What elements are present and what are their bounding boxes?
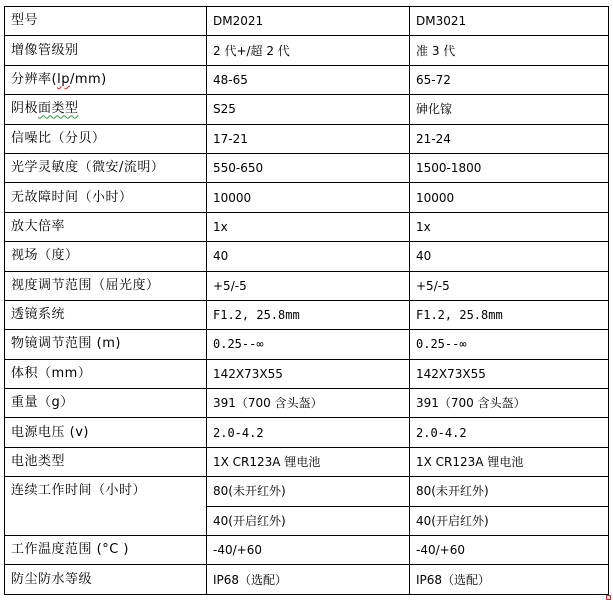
cell-dm3021[interactable]: 0.25--∞ xyxy=(410,330,609,359)
cell-dm3021[interactable]: 65-72 xyxy=(410,65,609,94)
cell-dm2021[interactable]: +5/-5 xyxy=(207,271,410,300)
table-row-cathode-type: 阴极面类型 S25 砷化镓 xyxy=(5,95,609,124)
row-label[interactable]: 无故障时间（小时） xyxy=(5,183,207,212)
cell-dm2021[interactable]: 1X CR123A 锂电池 xyxy=(207,447,410,476)
table-row-ip-rating: 防尘防水等级 IP68（选配） IP68（选配） xyxy=(5,565,609,594)
row-label[interactable]: 放大倍率 xyxy=(5,212,207,241)
row-label[interactable]: 连续工作时间（小时） xyxy=(5,477,207,536)
row-label[interactable]: 电源电压 (v) xyxy=(5,418,207,447)
table-row-resolution: 分辨率(lp/mm) 48-65 65-72 xyxy=(5,65,609,94)
cell-dm3021[interactable]: 40 xyxy=(410,242,609,271)
cell-dm3021[interactable]: 1X CR123A 锂电池 xyxy=(410,447,609,476)
table-row-lens-system: 透镜系统 F1.2, 25.8mm F1.2, 25.8mm xyxy=(5,300,609,329)
row-label[interactable]: 体积（mm） xyxy=(5,359,207,388)
table-row-voltage: 电源电压 (v) 2.0-4.2 2.0-4.2 xyxy=(5,418,609,447)
cell-dm2021[interactable]: 40 xyxy=(207,242,410,271)
row-label[interactable]: 型号 xyxy=(5,7,207,36)
cell-dm3021[interactable]: 准 3 代 xyxy=(410,36,609,65)
table-row-runtime: 连续工作时间（小时） 80(未开红外) 80(未开红外) xyxy=(5,477,609,506)
table-row-magnification: 放大倍率 1x 1x xyxy=(5,212,609,241)
table-row-battery-type: 电池类型 1X CR123A 锂电池 1X CR123A 锂电池 xyxy=(5,447,609,476)
row-label[interactable]: 光学灵敏度（微安/流明） xyxy=(5,153,207,182)
table-row-focus-range: 物镜调节范围 (m) 0.25--∞ 0.25--∞ xyxy=(5,330,609,359)
cell-dm2021[interactable]: 2 代+/超 2 代 xyxy=(207,36,410,65)
table-resize-handle-icon[interactable] xyxy=(606,595,611,600)
cell-dm3021[interactable]: 2.0-4.2 xyxy=(410,418,609,447)
cell-dm3021[interactable]: 砷化镓 xyxy=(410,95,609,124)
cell-dm2021[interactable]: 550-650 xyxy=(207,153,410,182)
cell-dm3021[interactable]: F1.2, 25.8mm xyxy=(410,300,609,329)
row-label[interactable]: 分辨率(lp/mm) xyxy=(5,65,207,94)
row-label[interactable]: 透镜系统 xyxy=(5,300,207,329)
grammar-underline: 面类型 xyxy=(38,101,79,116)
table-row-tube-grade: 增像管级别 2 代+/超 2 代 准 3 代 xyxy=(5,36,609,65)
spec-comparison-table: 型号 DM2021 DM3021 增像管级别 2 代+/超 2 代 准 3 代 … xyxy=(4,6,609,595)
row-label[interactable]: 增像管级别 xyxy=(5,36,207,65)
table-row-weight: 重量（g） 391（700 含头盔） 391（700 含头盔） xyxy=(5,389,609,418)
table-row-mtbf: 无故障时间（小时） 10000 10000 xyxy=(5,183,609,212)
cell-dm2021[interactable]: S25 xyxy=(207,95,410,124)
cell-dm3021[interactable]: 40(开启红外) xyxy=(410,506,609,535)
table-row-sensitivity: 光学灵敏度（微安/流明） 550-650 1500-1800 xyxy=(5,153,609,182)
cell-dm3021[interactable]: 80(未开红外) xyxy=(410,477,609,506)
label-text: /mm) xyxy=(70,72,107,87)
cell-dm3021[interactable]: 142X73X55 xyxy=(410,359,609,388)
table-row-model: 型号 DM2021 DM3021 xyxy=(5,7,609,36)
label-text: 阴极 xyxy=(11,101,38,116)
cell-dm3021[interactable]: DM3021 xyxy=(410,7,609,36)
cell-dm2021[interactable]: 0.25--∞ xyxy=(207,330,410,359)
cell-dm3021[interactable]: 21-24 xyxy=(410,124,609,153)
cell-dm3021[interactable]: 10000 xyxy=(410,183,609,212)
row-label[interactable]: 视度调节范围（屈光度） xyxy=(5,271,207,300)
row-label[interactable]: 电池类型 xyxy=(5,447,207,476)
cell-dm3021[interactable]: -40/+60 xyxy=(410,536,609,565)
cell-dm3021[interactable]: 1500-1800 xyxy=(410,153,609,182)
row-label[interactable]: 重量（g） xyxy=(5,389,207,418)
cell-dm2021[interactable]: 391（700 含头盔） xyxy=(207,389,410,418)
cell-dm2021[interactable]: F1.2, 25.8mm xyxy=(207,300,410,329)
cell-dm3021[interactable]: 1x xyxy=(410,212,609,241)
cell-dm2021[interactable]: 17-21 xyxy=(207,124,410,153)
cell-dm2021[interactable]: 40(开启红外) xyxy=(207,506,410,535)
cell-dm2021[interactable]: IP68（选配） xyxy=(207,565,410,594)
cell-dm3021[interactable]: 391（700 含头盔） xyxy=(410,389,609,418)
row-label[interactable]: 工作温度范围 (°C ) xyxy=(5,536,207,565)
spellcheck-underline: lp xyxy=(57,72,70,87)
table-row-snr: 信噪比（分贝） 17-21 21-24 xyxy=(5,124,609,153)
row-label[interactable]: 信噪比（分贝） xyxy=(5,124,207,153)
cell-dm2021[interactable]: -40/+60 xyxy=(207,536,410,565)
cell-dm2021[interactable]: 142X73X55 xyxy=(207,359,410,388)
cell-dm2021[interactable]: 48-65 xyxy=(207,65,410,94)
row-label[interactable]: 物镜调节范围 (m) xyxy=(5,330,207,359)
cell-dm2021[interactable]: 1x xyxy=(207,212,410,241)
cell-dm3021[interactable]: IP68（选配） xyxy=(410,565,609,594)
cell-dm2021[interactable]: DM2021 xyxy=(207,7,410,36)
cell-dm3021[interactable]: +5/-5 xyxy=(410,271,609,300)
table-row-fov: 视场（度） 40 40 xyxy=(5,242,609,271)
table-row-diopter: 视度调节范围（屈光度） +5/-5 +5/-5 xyxy=(5,271,609,300)
table-row-dimensions: 体积（mm） 142X73X55 142X73X55 xyxy=(5,359,609,388)
cell-dm2021[interactable]: 80(未开红外) xyxy=(207,477,410,506)
cell-dm2021[interactable]: 2.0-4.2 xyxy=(207,418,410,447)
table-row-temperature: 工作温度范围 (°C ) -40/+60 -40/+60 xyxy=(5,536,609,565)
row-label[interactable]: 防尘防水等级 xyxy=(5,565,207,594)
row-label[interactable]: 阴极面类型 xyxy=(5,95,207,124)
row-label[interactable]: 视场（度） xyxy=(5,242,207,271)
label-text: 分辨率( xyxy=(11,72,57,87)
cell-dm2021[interactable]: 10000 xyxy=(207,183,410,212)
